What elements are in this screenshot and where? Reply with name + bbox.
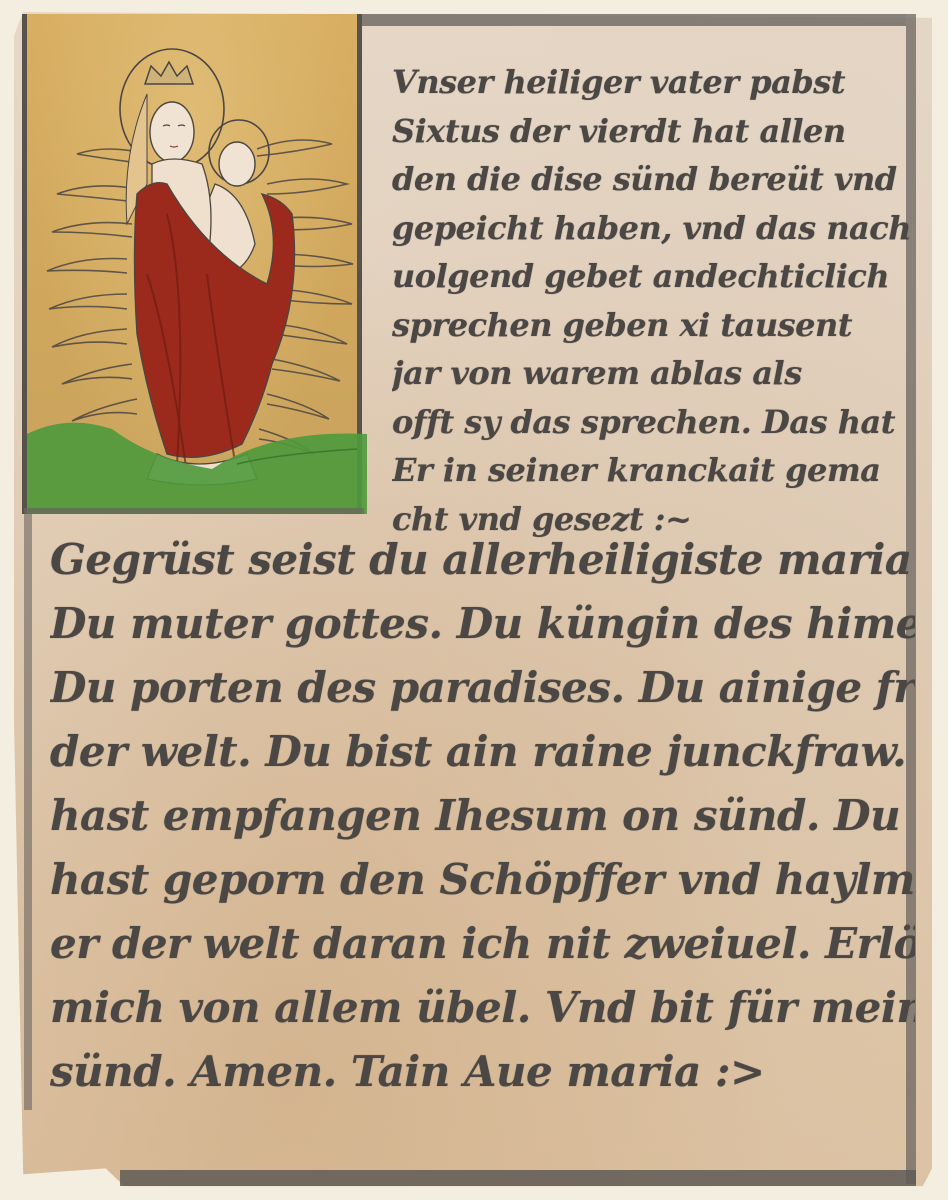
text-line: uolgend gebet andechticlich xyxy=(392,252,917,301)
text-line: sprechen geben xi tausent xyxy=(392,301,917,350)
text-line: mich von allem übel. Vnd bit für mein xyxy=(50,976,915,1040)
woodcut-bottom-rule xyxy=(24,508,364,514)
text-line: Vnser heiliger vater pabst xyxy=(392,58,917,107)
text-line: sünd. Amen. Tain Aue maria :> xyxy=(50,1040,915,1104)
printed-border-left xyxy=(24,510,32,1110)
text-line: Gegrüst seist du allerheiligiste maria xyxy=(50,528,915,592)
text-line: den die dise sünd bereüt vnd xyxy=(392,155,917,204)
text-line: offt sy das sprechen. Das hat xyxy=(392,398,917,447)
text-line: Sixtus der vierdt hat allen xyxy=(392,107,917,156)
text-line: hast geporn den Schöpffer vnd haylmach xyxy=(50,848,915,912)
text-line: gepeicht haben, vnd das nach xyxy=(392,204,917,253)
indulgence-rubric-text: Vnser heiliger vater pabst Sixtus der vi… xyxy=(392,58,917,543)
text-line: hast empfangen Ihesum on sünd. Du xyxy=(50,784,915,848)
text-line: der welt. Du bist ain raine junckfraw. D… xyxy=(50,720,915,784)
text-line: jar von warem ablas als xyxy=(392,349,917,398)
madonna-woodcut-illustration xyxy=(22,14,362,514)
text-line: Du muter gottes. Du küngin des himels xyxy=(50,592,915,656)
printed-border-bottom xyxy=(120,1170,916,1186)
text-line: Du porten des paradises. Du ainige fraw xyxy=(50,656,915,720)
text-line: Er in seiner kranckait gema xyxy=(392,446,917,495)
virgin-and-child-icon xyxy=(27,14,367,514)
ave-maria-prayer-text: Gegrüst seist du allerheiligiste maria D… xyxy=(50,528,915,1104)
text-line: er der welt daran ich nit zweiuel. Erlöß xyxy=(50,912,915,976)
